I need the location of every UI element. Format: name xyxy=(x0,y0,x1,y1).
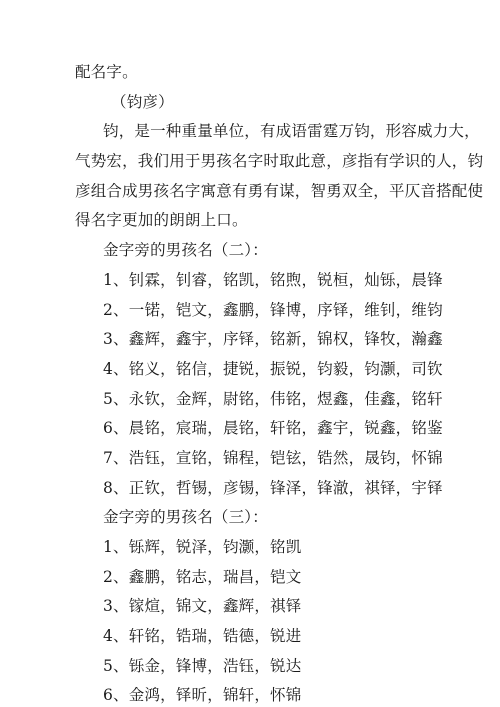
list-item: 5、永钦，金辉，尉铭，伟铭，煜鑫，佳鑫，铭轩 xyxy=(75,385,435,415)
list-item: 6、金鸿，铎昕，锦轩，怀锦 xyxy=(75,681,435,707)
section-two: 金字旁的男孩名（二）： 1、钊霖，钊睿，铭凯，铭煦，锐桓，灿铄，晨锋 2、一锘，… xyxy=(75,236,435,503)
explanation-paragraph: 钧，是一种重量单位，有成语雷霆万钧，形容威力大， 气势宏，我们用于男孩名字时取此… xyxy=(75,117,435,236)
list-item: 1、铄辉，锐泽，钧灏，铭凯 xyxy=(75,533,435,563)
list-item: 4、轩铭，锆瑞，锆德，锐进 xyxy=(75,622,435,652)
list-item: 3、镓煊，锦文，鑫辉，祺铎 xyxy=(75,592,435,622)
list-item: 3、鑫辉，鑫宇，序铎，铭新，锦权，锋牧，瀚鑫 xyxy=(75,325,435,355)
list-item: 2、鑫鹏，铭志，瑞昌，铠文 xyxy=(75,563,435,593)
list-item: 5、铄金，锋博，浩钰，锐达 xyxy=(75,652,435,682)
list-item: 2、一锘，铠文，鑫鹏，锋博，序铎，维钊，维钧 xyxy=(75,296,435,326)
intro-tail-text: 配名字。 xyxy=(75,58,435,88)
section-three: 金字旁的男孩名（三）： 1、铄辉，锐泽，钧灏，铭凯 2、鑫鹏，铭志，瑞昌，铠文 … xyxy=(75,503,435,707)
section-title: 金字旁的男孩名（二）： xyxy=(75,236,435,266)
section-title: 金字旁的男孩名（三）： xyxy=(75,503,435,533)
list-item: 6、晨铭，宸瑞，晨铭，轩铭，鑫宇，锐鑫，铭鉴 xyxy=(75,414,435,444)
paragraph-line: 彦组合成男孩名字寓意有勇有谋，智勇双全，平仄音搭配使 xyxy=(75,177,435,207)
paragraph-line: 钧，是一种重量单位，有成语雷霆万钧，形容威力大， xyxy=(75,117,435,147)
list-item: 4、铭义，铭信，捷锐，振锐，钧毅，钧灏，司钦 xyxy=(75,355,435,385)
list-item: 8、正钦，哲锡，彦锡，锋泽，锋澈，祺铎，宇铎 xyxy=(75,474,435,504)
list-item: 1、钊霖，钊睿，铭凯，铭煦，锐桓，灿铄，晨锋 xyxy=(75,266,435,296)
paragraph-line: 得名字更加的朗朗上口。 xyxy=(75,206,435,236)
paragraph-line: 气势宏，我们用于男孩名字时取此意，彦指有学识的人，钧 xyxy=(75,147,435,177)
name-heading: （钧彦） xyxy=(75,88,435,118)
document-page: 配名字。 （钧彦） 钧，是一种重量单位，有成语雷霆万钧，形容威力大， 气势宏，我… xyxy=(75,58,435,707)
list-item: 7、浩钰，宣铭，锦程，铠铉，锆然，晟钧，怀锦 xyxy=(75,444,435,474)
